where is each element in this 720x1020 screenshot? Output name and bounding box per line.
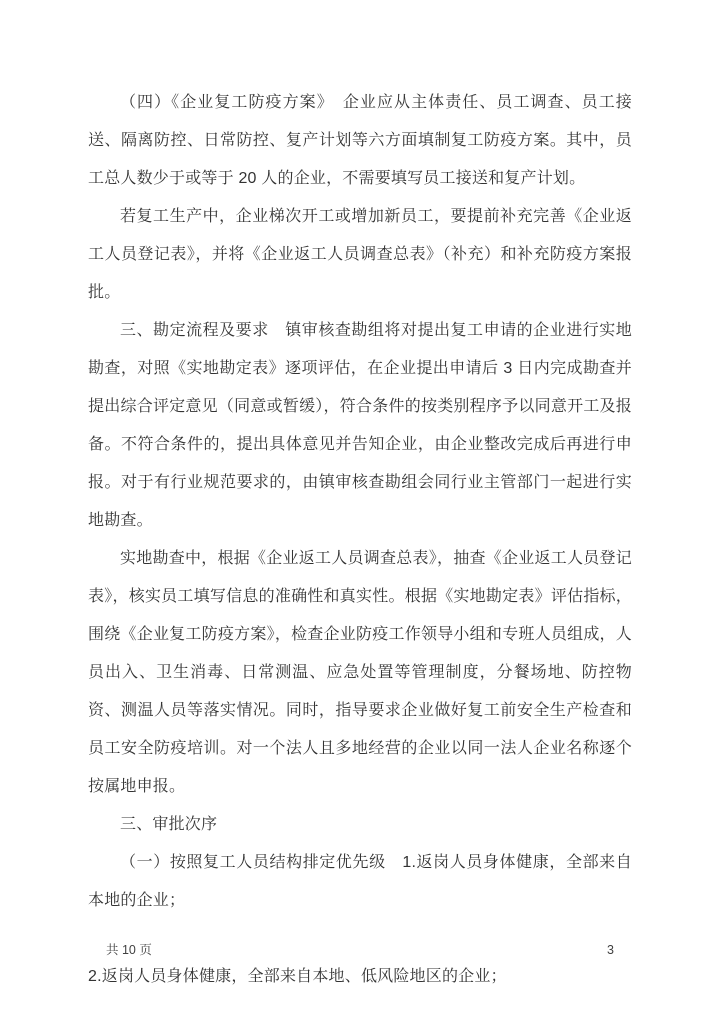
paragraph-survey-process: 三、勘定流程及要求 镇审核查勘组将对提出复工申请的企业进行实地勘查，对照《实地勘… bbox=[88, 312, 632, 540]
paragraph-priority-item-1: （一）按照复工人员结构排定优先级 1.返岗人员身体健康，全部来自本地的企业； bbox=[88, 844, 632, 920]
total-pages-label: 共 10 页 bbox=[106, 940, 152, 960]
document-body: （四）《企业复工防疫方案》 企业应从主体责任、员工调查、员工接送、隔离防控、日常… bbox=[88, 84, 632, 996]
paragraph-priority-item-2: 2.返岗人员身体健康，全部来自本地、低风险地区的企业； bbox=[88, 958, 632, 996]
heading-approval-order: 三、审批次序 bbox=[88, 806, 632, 844]
paragraph-supplement-filing: 若复工生产中，企业梯次开工或增加新员工，要提前补充完善《企业返工人员登记表》，并… bbox=[88, 198, 632, 312]
paragraph-onsite-inspection: 实地勘查中，根据《企业返工人员调查总表》，抽查《企业返工人员登记表》，核实员工填… bbox=[88, 540, 632, 806]
page-number: 3 bbox=[607, 940, 614, 960]
page-footer: 共 10 页 3 bbox=[106, 940, 614, 960]
document-page: （四）《企业复工防疫方案》 企业应从主体责任、员工调查、员工接送、隔离防控、日常… bbox=[0, 0, 720, 1020]
paragraph-plan-requirements: （四）《企业复工防疫方案》 企业应从主体责任、员工调查、员工接送、隔离防控、日常… bbox=[88, 84, 632, 198]
